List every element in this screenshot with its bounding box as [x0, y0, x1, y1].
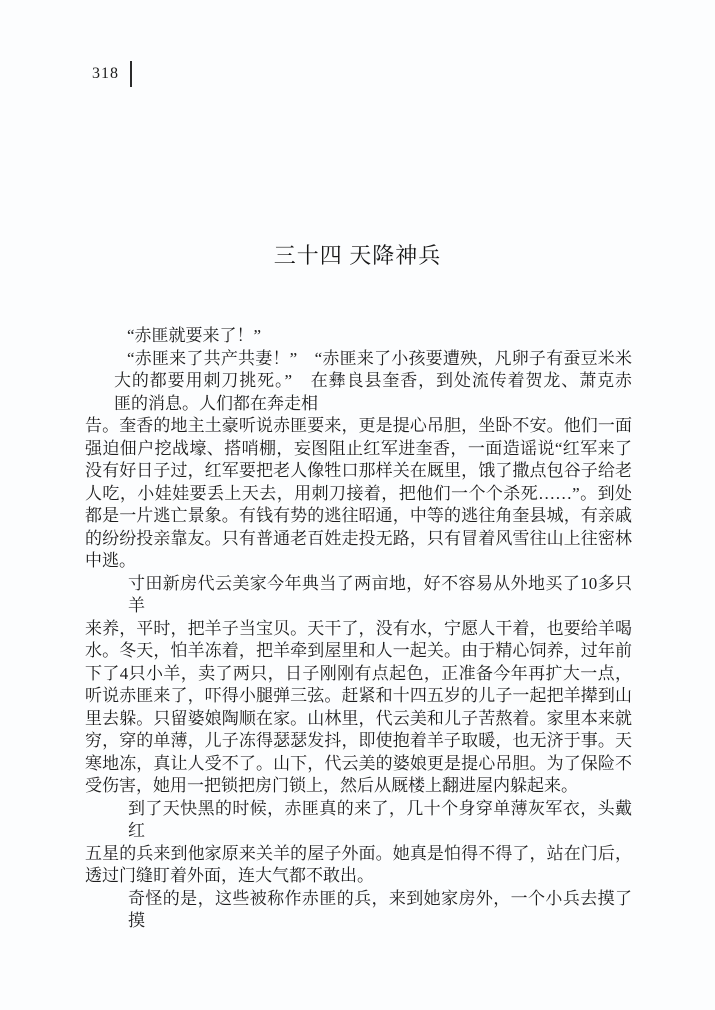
page-header: 318	[92, 61, 132, 87]
text-line: 都是一片逃亡景象。有钱有势的逃往昭通，中等的逃往角奎县城，有亲戚	[85, 505, 632, 528]
text-line: 穷，穿的单薄，儿子冻得瑟瑟发抖，即使抱着羊子取暖，也无济于事。天	[85, 730, 632, 753]
page-number: 318	[92, 61, 119, 87]
text-line: 奇怪的是，这些被称作赤匪的兵，来到她家房外，一个小兵去摸了摸	[85, 888, 632, 933]
text-line: 五星的兵来到他家原来关羊的屋子外面。她真是怕得不得了，站在门后，	[85, 843, 632, 866]
page-number-rule	[130, 61, 132, 87]
text-line: “赤匪就要来了！”	[127, 325, 632, 348]
text-line: 水。冬天，怕羊冻着，把羊牵到屋里和人一起关。由于精心饲养，过年前	[85, 640, 632, 663]
text-line: 下了4只小羊，卖了两只，日子刚刚有点起色，正准备今年再扩大一点，	[85, 663, 632, 686]
body-text: “赤匪就要来了！” “赤匪来了共产共妻！” “赤匪来了小孩要遭殃，凡卵子有蚕豆米…	[85, 325, 632, 933]
text-line: 里去躲。只留婆娘陶顺在家。山林里，代云美和儿子苦熬着。家里本来就	[85, 708, 632, 731]
text-line: 寸田新房代云美家今年典当了两亩地，好不容易从外地买了10多只羊	[85, 573, 632, 618]
text-line: 人吃，小娃娃要丢上天去，用刺刀接着，把他们一个个杀死……”。到处	[85, 483, 632, 506]
book-page: 318 三十四 天降神兵 “赤匪就要来了！” “赤匪来了共产共妻！” “赤匪来了…	[0, 0, 715, 1010]
text-line: 透过门缝盯着外面，连大气都不敢出。	[85, 865, 632, 888]
text-line: 中逃。	[85, 550, 632, 573]
text-line: 来养，平时，把羊子当宝贝。天干了，没有水，宁愿人干着，也要给羊喝	[85, 618, 632, 641]
chapter-title: 三十四 天降神兵	[0, 239, 715, 270]
text-line: 听说赤匪来了，吓得小腿弹三弦。赶紧和十四五岁的儿子一起把羊撵到山	[85, 685, 632, 708]
text-line: 寒地冻，真让人受不了。山下，代云美的婆娘更是提心吊胆。为了保险不	[85, 753, 632, 776]
text-line: 强迫佃户挖战壕、搭哨棚，妄图阻止红军进奎香，一面造谣说“红军来了	[85, 438, 632, 461]
text-line: 的纷纷投亲靠友。只有普通老百姓走投无路，只有冒着风雪往山上往密林	[85, 528, 632, 551]
text-line: 告。奎香的地主土豪听说赤匪要来，更是提心吊胆，坐卧不安。他们一面	[85, 415, 632, 438]
text-line: 到了天快黑的时候，赤匪真的来了，几十个身穿单薄灰军衣，头戴红	[85, 798, 632, 843]
text-line: 受伤害，她用一把锁把房门锁上，然后从厩楼上翻进屋内躲起来。	[85, 775, 632, 798]
text-line: 匪的消息。人们都在奔走相	[114, 393, 632, 416]
text-line: 大的都要用刺刀挑死。” 在彝良县奎香，到处流传着贺龙、萧克赤	[114, 370, 632, 393]
text-line: “赤匪来了共产共妻！” “赤匪来了小孩要遭殃，凡卵子有蚕豆米米	[127, 348, 632, 371]
text-line: 没有好日子过，红军要把老人像牲口那样关在厩里，饿了撒点包谷子给老	[85, 460, 632, 483]
